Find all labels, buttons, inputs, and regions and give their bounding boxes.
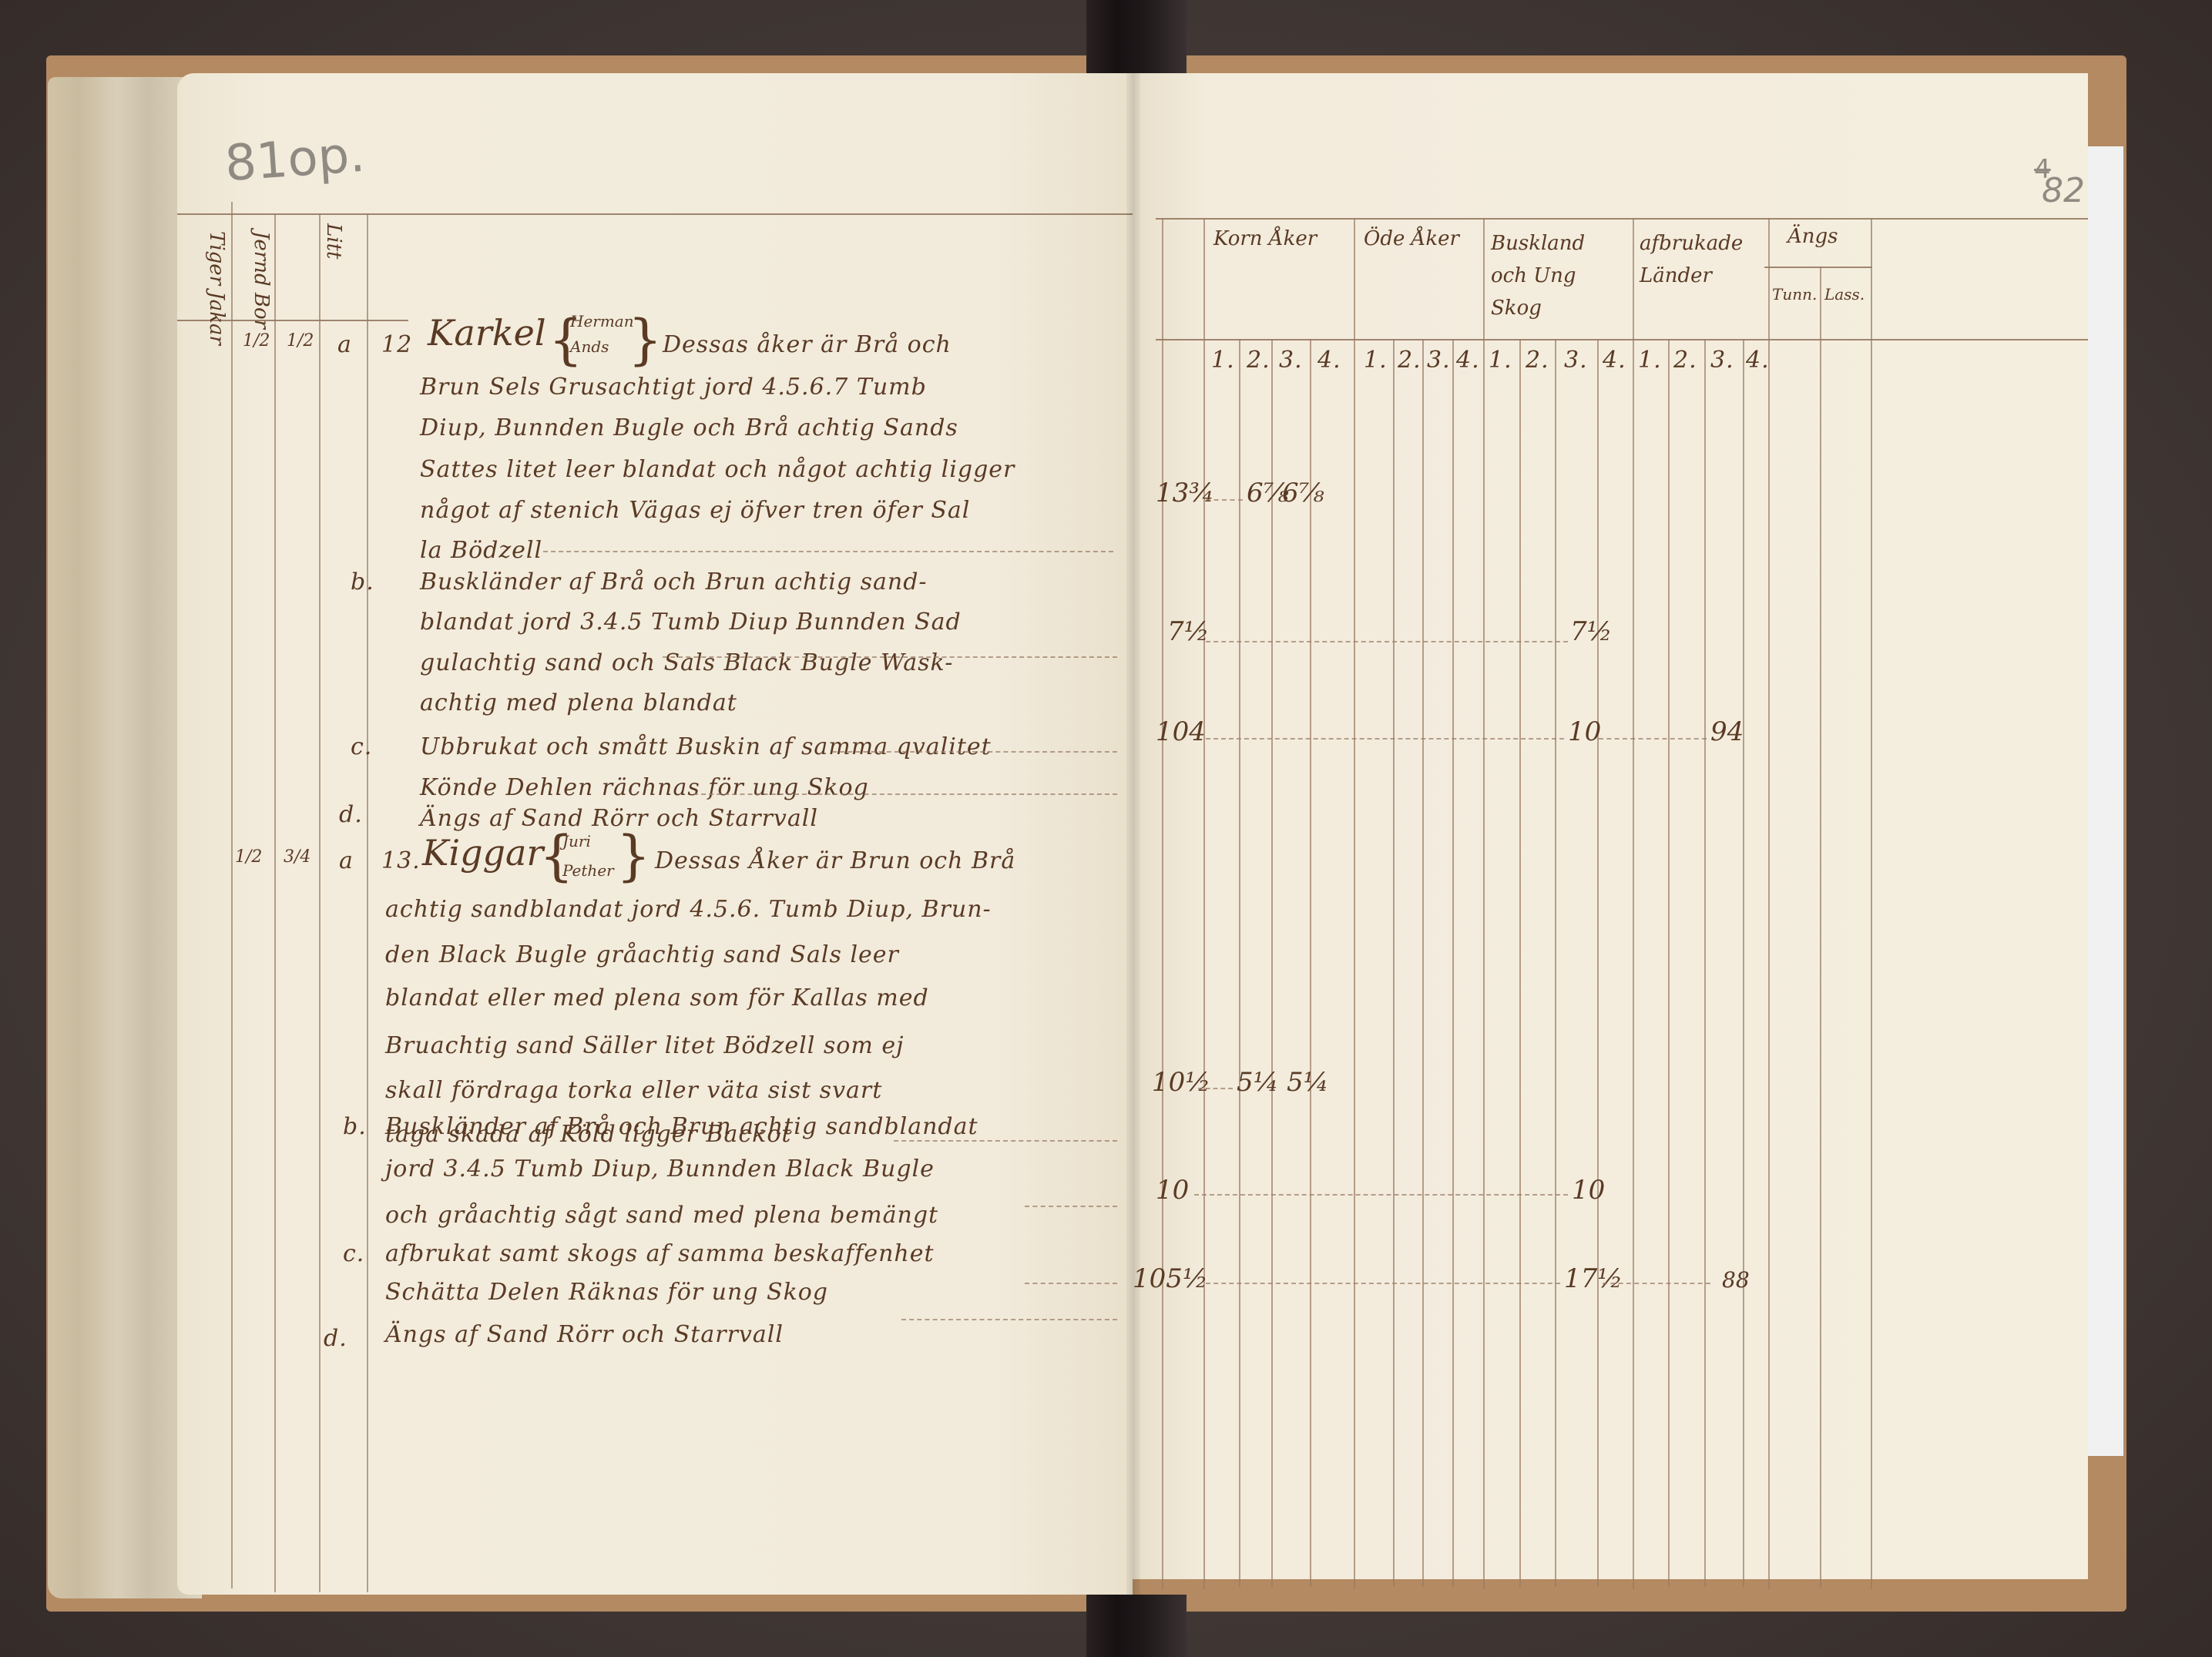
header-jernd-bor: Jernd Bor: [250, 231, 273, 329]
subcol-label: 2.: [1526, 347, 1549, 374]
column-rule: [1203, 218, 1205, 1589]
subcol-label: 3.: [1427, 347, 1451, 374]
row-cell: 17½: [1564, 1263, 1623, 1294]
column-rule: [1668, 339, 1670, 1587]
entry-12-frac1: 1/2: [243, 331, 270, 351]
entry-text-line: Sattes litet leer blandat och något acht…: [420, 456, 1015, 483]
entry-lit: d.: [324, 1325, 347, 1352]
left-page: [177, 73, 1133, 1595]
subcol-label: 4.: [1317, 347, 1341, 374]
header-tiger-jakar: Tiger Jakar: [205, 231, 228, 345]
brace-icon: }: [628, 308, 663, 371]
column-rule: [1239, 339, 1240, 1587]
subcol-label: 3.: [1279, 347, 1303, 374]
header-rule-top: [1156, 218, 2088, 220]
book-spine-bottom: [1086, 1595, 1187, 1657]
column-rule: [274, 213, 276, 1592]
header-litt: Litt: [322, 223, 345, 259]
entry-12-lit: a: [337, 331, 352, 358]
row-cell: 7½: [1570, 616, 1613, 647]
entry-12-frac2: 1/2: [287, 331, 314, 351]
column-rule: [1452, 339, 1454, 1587]
entry-13-frac2: 3/4: [284, 847, 310, 867]
column-rule: [1310, 339, 1311, 1587]
subcol-label: 2.: [1673, 347, 1697, 374]
row-cell: 88: [1722, 1267, 1750, 1293]
row-cell: 94: [1710, 716, 1744, 747]
header-rule-bottom: [1156, 339, 2088, 340]
row-cell: 5¼: [1287, 1067, 1329, 1098]
pencil-folio-right: 82: [2042, 171, 2085, 210]
subcol-label: 2.: [1247, 347, 1270, 374]
leader-dash: [1206, 1283, 1560, 1284]
leader-dash: [1206, 738, 1564, 740]
column-rule: [1597, 339, 1599, 1587]
column-rule: [1768, 218, 1770, 1589]
brace-icon: {: [549, 308, 583, 371]
entry-text-line: gulachtig sand och Sals Black Bugle Wask…: [420, 649, 953, 676]
subcol-label: 4.: [1603, 347, 1626, 374]
leader-dash: [1206, 641, 1568, 642]
subcol-label: 1.: [1489, 347, 1512, 374]
entry-text-line: och gråachtig sågt sand med plena bemäng…: [385, 1202, 938, 1229]
entry-text-line: Ängs af Sand Rörr och Starrvall: [385, 1321, 784, 1348]
subcol-label: 2.: [1398, 347, 1422, 374]
row-cell: 10: [1568, 716, 1601, 747]
header-rule-top: [177, 213, 1133, 215]
entry-text-line: Diup, Bunnden Bugle och Brå achtig Sands: [420, 414, 958, 441]
column-rule: [1354, 218, 1355, 1589]
column-rule: [319, 213, 321, 1592]
leader-dash: [1603, 1283, 1710, 1284]
pencil-folio-left: 81op.: [223, 126, 367, 193]
column-rule: [1271, 339, 1273, 1587]
column-rule: [1519, 339, 1521, 1587]
leader-dash: [543, 551, 1113, 552]
column-rule: [1871, 218, 1872, 1589]
column-rule: [367, 213, 368, 1592]
header-buskland: Buskland och Ung Skog: [1491, 227, 1626, 324]
entry-text-line: achtig sandblandat jord 4.5.6. Tumb Diup…: [385, 896, 992, 923]
subcol-label: 1.: [1364, 347, 1388, 374]
entry-text-line: achtig med plena blandat: [420, 689, 737, 716]
column-rule: [231, 202, 233, 1588]
entry-text-line: den Black Bugle gråachtig sand Sals leer: [385, 941, 899, 968]
entry-13-number: 13.: [381, 847, 421, 874]
entry-text-line: Bruachtig sand Säller litet Bödzell som …: [385, 1032, 904, 1059]
leader-dash: [1198, 1088, 1233, 1089]
entry-text-line: Buskländer af Brå och Brun achtig sand-: [420, 569, 928, 595]
row-total: 105½: [1133, 1263, 1208, 1294]
subcol-label: 1.: [1211, 347, 1235, 374]
leader-dash: [894, 1140, 1117, 1142]
entry-text-line: jord 3.4.5 Tumb Diup, Bunnden Black Bugl…: [385, 1156, 935, 1182]
header-korn-aker: Korn Åker: [1213, 227, 1317, 250]
leader-dash: [1206, 499, 1243, 501]
entry-13-frac1: 1/2: [235, 847, 262, 867]
brace-icon: }: [616, 824, 651, 887]
entry-12-number: 12: [381, 331, 412, 358]
row-total: 104: [1156, 716, 1206, 747]
entry-lit: c.: [351, 733, 372, 760]
brace-icon: {: [539, 824, 574, 887]
leader-dash: [663, 656, 1117, 658]
subcol-label: 4.: [1456, 347, 1480, 374]
column-rule: [1820, 267, 1821, 1588]
row-total: 13¾: [1156, 478, 1214, 508]
column-rule: [1422, 339, 1424, 1587]
leader-dash: [1025, 1206, 1117, 1207]
column-rule: [1743, 339, 1744, 1587]
row-cell: 5¼: [1237, 1067, 1279, 1098]
leader-dash: [901, 1319, 1117, 1320]
row-cell: 10: [1572, 1175, 1605, 1206]
entry-text-line: skall fördraga torka eller väta sist sva…: [385, 1077, 882, 1104]
entry-text-line: afbrukat samt skogs af samma beskaffenhe…: [385, 1240, 935, 1267]
header-ode-aker: Öde Åker: [1364, 227, 1459, 250]
column-rule: [1162, 218, 1163, 1589]
book-gutter: [1126, 73, 1140, 1595]
leader-dash: [693, 793, 1117, 795]
column-rule: [1633, 218, 1634, 1589]
leader-dash: [1025, 1283, 1117, 1284]
entry-text-line: Schätta Delen Räknas för ung Skog: [385, 1279, 828, 1306]
entry-text-line: Dessas Åker är Brun och Brå: [655, 847, 1015, 874]
entry-lit: d.: [339, 801, 363, 828]
leader-dash: [832, 751, 1117, 753]
entry-13-lit: a: [339, 847, 354, 874]
row-cell: 6⅞: [1282, 478, 1324, 508]
entry-text-line: blandat jord 3.4.5 Tumb Diup Bunnden Sad: [420, 609, 962, 636]
column-rule: [1555, 339, 1556, 1587]
entry-text-line: Brun Sels Grusachtigt jord 4.5.6.7 Tumb: [420, 374, 927, 401]
column-rule: [1393, 339, 1395, 1587]
subcol-label: 4.: [1746, 347, 1770, 374]
header-angs-tunn: Tunn.: [1772, 285, 1817, 304]
entry-text-line: la Bödzell: [420, 537, 542, 564]
subcol-label: 3.: [1710, 347, 1734, 374]
subcol-label: 1.: [1638, 347, 1662, 374]
leader-dash: [1599, 738, 1707, 740]
entry-lit: c.: [343, 1240, 364, 1267]
entry-lit: b.: [343, 1113, 367, 1140]
entry-text-line: Dessas åker är Brå och: [663, 331, 952, 358]
entry-text-line: Ubbrukat och smått Buskin af samma qvali…: [420, 733, 992, 760]
leader-dash: [1194, 1194, 1568, 1196]
entry-text-line: Buskländer af Brå och Brun achtig sandbl…: [385, 1113, 978, 1140]
header-angs: Ängs: [1787, 225, 1838, 248]
entry-lit: b.: [351, 569, 374, 595]
column-rule: [1704, 339, 1706, 1587]
entry-text-line: Könde Dehlen rächnas för ung Skog: [420, 774, 869, 801]
row-total: 7½: [1167, 616, 1210, 647]
subcol-label: 3.: [1564, 347, 1588, 374]
entry-13-farm-name: Kiggar: [422, 832, 543, 874]
row-total: 10½: [1152, 1067, 1210, 1098]
header-angs-lass: Lass.: [1824, 285, 1865, 304]
row-total: 10: [1156, 1175, 1189, 1206]
entry-text-line: något af stenich Vägas ej öfver tren öfe…: [420, 497, 970, 524]
header-sub-rule: [1764, 267, 1872, 268]
header-afbrukade-lander: afbrukade Länder: [1640, 227, 1763, 292]
column-rule: [1483, 218, 1485, 1589]
entry-text-line: blandat eller med plena som för Kallas m…: [385, 984, 929, 1011]
entry-12-farm-name: Karkel: [428, 312, 546, 354]
